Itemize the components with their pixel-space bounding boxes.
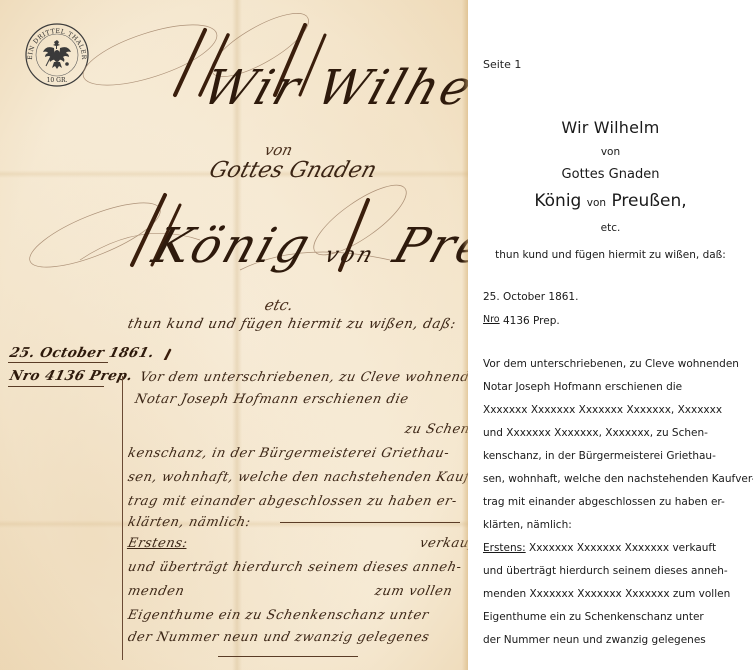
transcription-body-line: und Xxxxxxx Xxxxxxx, Xxxxxxx, zu Schen- <box>483 427 708 439</box>
transcription-koenig-line: König von Preußen, <box>468 191 753 211</box>
manuscript-body-line: der Nummer neun und zwanzig gelegenes <box>126 630 431 645</box>
manuscript-body-line: sen, wohnhaft, welche den nachstehenden … <box>126 470 468 485</box>
manuscript-body-line: kenschanz, in der Bürgermeisterei Grieth… <box>126 446 450 461</box>
manuscript-etc: etc. <box>263 296 296 314</box>
transcription-title: Wir Wilhelm <box>468 118 753 137</box>
margin-line <box>122 376 123 660</box>
page-label: Seite 1 <box>483 58 521 71</box>
transcription-body-line: kenschanz, in der Bürgermeisterei Grieth… <box>483 450 716 462</box>
transcription-gottes-gnaden: Gottes Gnaden <box>468 167 753 182</box>
erstens-label: Erstens: <box>483 542 526 554</box>
transcription-koenig-von: von <box>587 197 606 209</box>
transcription-erstens-line: Erstens: Xxxxxxx Xxxxxxx Xxxxxxx verkauf… <box>483 542 716 554</box>
number-value: 4136 Prep. <box>503 315 560 327</box>
manuscript-koenig: König von Preußen, <box>146 218 468 274</box>
manuscript-von: von <box>263 141 295 159</box>
number-prefix: Nro <box>483 314 500 325</box>
manuscript-body-line: klärten, nämlich: <box>126 515 252 530</box>
transcription-body-line: menden Xxxxxxx Xxxxxxx Xxxxxxx zum volle… <box>483 588 730 600</box>
manuscript-body-line: Notar Joseph Hofmann erschienen die <box>133 392 410 407</box>
transcription-koenig: König <box>534 191 581 211</box>
transcription-body-line: Eigenthume ein zu Schenkenschanz unter <box>483 611 704 623</box>
manuscript-preussen: Preußen, <box>387 218 468 274</box>
manuscript-body-line: zu Schen- <box>403 422 468 437</box>
margin-rule <box>8 362 108 363</box>
manuscript-body-line: trag mit einander abgeschlossen zu haben… <box>126 494 458 509</box>
transcription-date: 25. October 1861. <box>483 291 578 303</box>
manuscript-heading: Wir Wilhelm <box>196 60 468 116</box>
manuscript-body-line: und überträgt hierdurch seinem dieses an… <box>126 560 463 575</box>
prussian-eagle-icon <box>43 40 71 69</box>
transcription-body-line: klärten, nämlich: <box>483 519 572 531</box>
manuscript-body-line: verkauft <box>418 536 468 551</box>
manuscript-number: Nro 4136 Prep. <box>8 368 134 384</box>
manuscript-body-line: zum vollen <box>373 584 453 599</box>
transcription-body-line: der Nummer neun und zwanzig gelegenes <box>483 634 706 646</box>
body-rule <box>280 522 460 523</box>
transcription-intro: thun kund und fügen hiermit zu wißen, da… <box>468 249 753 261</box>
transcription-preussen: Preußen, <box>611 191 686 211</box>
manuscript-intro: thun kund und fügen hiermit zu wißen, da… <box>126 316 457 332</box>
margin-rule <box>8 386 104 387</box>
transcription-body-line: trag mit einander abgeschlossen zu haben… <box>483 496 725 508</box>
closing-rule <box>218 656 358 657</box>
revenue-stamp-seal-icon: EIN DRITTEL THALER 10 GR. <box>24 22 90 88</box>
manuscript-erstens: Erstens: <box>126 536 189 551</box>
manuscript-koenig-von: von <box>322 243 379 268</box>
manuscript-body-line: menden <box>126 584 186 599</box>
transcription-body-line: sen, wohnhaft, welche den nachstehenden … <box>483 473 753 485</box>
transcription-body-line: und überträgt hierdurch seinem dieses an… <box>483 565 728 577</box>
svg-text:10 GR.: 10 GR. <box>47 77 68 84</box>
erstens-text: Xxxxxxx Xxxxxxx Xxxxxxx verkauft <box>526 542 716 554</box>
transcription-number: Nro 4136 Prep. <box>483 314 560 327</box>
manuscript-body-line: Vor dem unterschriebenen, zu Cleve wohne… <box>138 370 468 385</box>
transcription-body-line: Xxxxxxx Xxxxxxx Xxxxxxx Xxxxxxx, Xxxxxxx <box>483 404 722 416</box>
manuscript-date: 25. October 1861. <box>8 345 156 361</box>
manuscript-koenig-word: König <box>146 218 320 274</box>
transcription-panel: Seite 1 Wir Wilhelm von Gottes Gnaden Kö… <box>468 0 753 670</box>
transcription-body-line: Vor dem unterschriebenen, zu Cleve wohne… <box>483 358 739 370</box>
manuscript-scan: EIN DRITTEL THALER 10 GR. <box>0 0 468 670</box>
manuscript-gottes-gnaden: Gottes Gnaden <box>206 158 379 183</box>
transcription-von: von <box>468 146 753 158</box>
transcription-body-line: Notar Joseph Hofmann erschienen die <box>483 381 682 393</box>
transcription-etc: etc. <box>468 222 753 234</box>
manuscript-body-line: Eigenthume ein zu Schenkenschanz unter <box>126 608 430 623</box>
